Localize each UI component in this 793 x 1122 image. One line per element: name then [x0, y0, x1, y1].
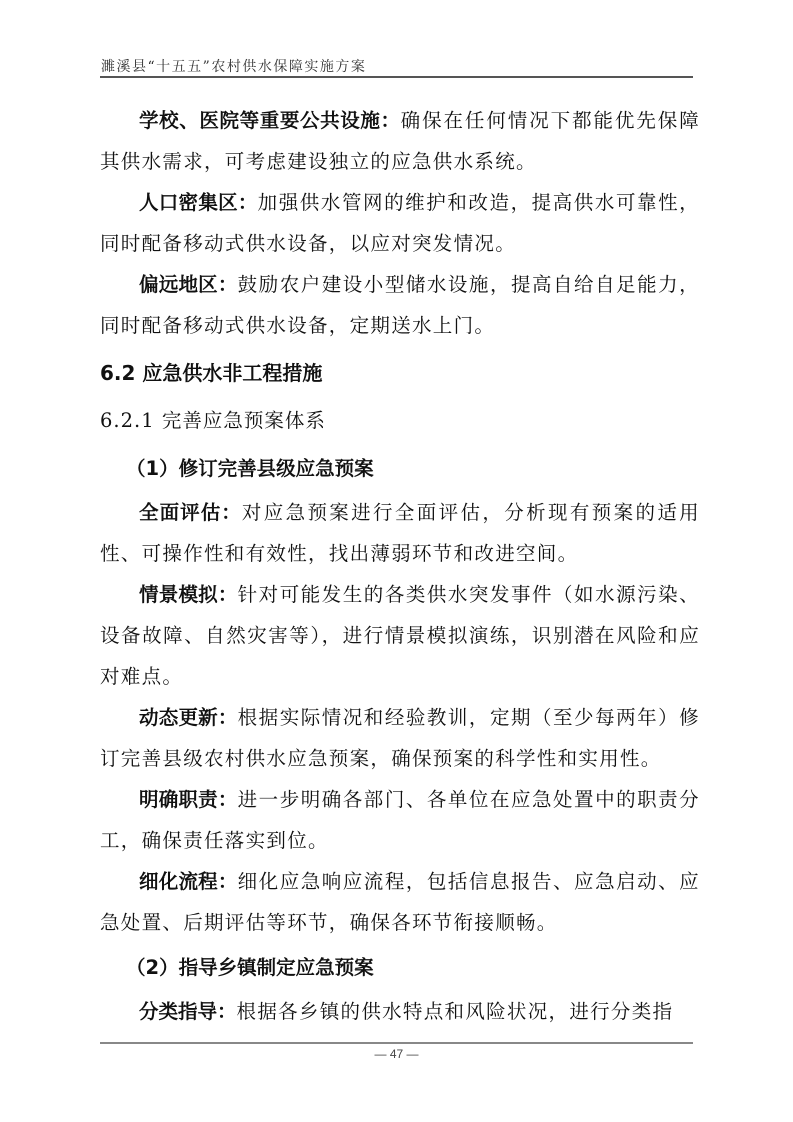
- item-label: 全面评估：: [139, 501, 242, 524]
- item-category-guidance: 分类指导：根据各乡镇的供水特点和风险状况，进行分类指: [100, 991, 700, 1032]
- paragraph-label: 学校、医院等重要公共设施：: [139, 109, 401, 132]
- footer-divider: [100, 1042, 693, 1044]
- page-number: — 47 —: [0, 1047, 793, 1061]
- section-heading-6-2: 6.2 应急供水非工程措施: [100, 350, 700, 396]
- item-comprehensive-assessment: 全面评估：对应急预案进行全面评估，分析现有预案的适用性、可操作性和有效性，找出薄…: [100, 492, 700, 574]
- item-label: 情景模拟：: [139, 583, 238, 606]
- header-title: 濉溪县“十五五”农村供水保障实施方案: [101, 56, 366, 76]
- header-divider: [100, 76, 693, 78]
- item-dynamic-update: 动态更新：根据实际情况和经验教训，定期（至少每两年）修订完善县级农村供水应急预案…: [100, 697, 700, 779]
- subsection-heading-2: （2）指导乡镇制定应急预案: [100, 945, 700, 991]
- item-text: 根据各乡镇的供水特点和风险状况，进行分类指: [237, 1000, 674, 1023]
- item-scenario-simulation: 情景模拟：针对可能发生的各类供水突发事件（如水源污染、设备故障、自然灾害等），进…: [100, 574, 700, 697]
- item-label: 细化流程：: [139, 870, 238, 893]
- paragraph-label: 人口密集区：: [139, 191, 258, 214]
- item-label: 分类指导：: [139, 1000, 237, 1023]
- item-clarify-duties: 明确职责：进一步明确各部门、各单位在应急处置中的职责分工，确保责任落实到位。: [100, 779, 700, 861]
- item-refine-process: 细化流程：细化应急响应流程，包括信息报告、应急启动、应急处置、后期评估等环节，确…: [100, 861, 700, 943]
- paragraph-dense-areas: 人口密集区：加强供水管网的维护和改造，提高供水可靠性，同时配备移动式供水设备，以…: [100, 182, 700, 264]
- page-body: 学校、医院等重要公共设施：确保在任何情况下都能优先保障其供水需求，可考虑建设独立…: [100, 100, 700, 1032]
- section-heading-6-2-1: 6.2.1 完善应急预案体系: [100, 398, 700, 444]
- paragraph-label: 偏远地区：: [139, 273, 238, 296]
- paragraph-remote-areas: 偏远地区：鼓励农户建设小型储水设施，提高自给自足能力，同时配备移动式供水设备，定…: [100, 264, 700, 346]
- subsection-heading-1: （1）修订完善县级应急预案: [100, 446, 700, 492]
- item-label: 动态更新：: [139, 706, 238, 729]
- paragraph-public-facilities: 学校、医院等重要公共设施：确保在任何情况下都能优先保障其供水需求，可考虑建设独立…: [100, 100, 700, 182]
- item-label: 明确职责：: [139, 788, 238, 811]
